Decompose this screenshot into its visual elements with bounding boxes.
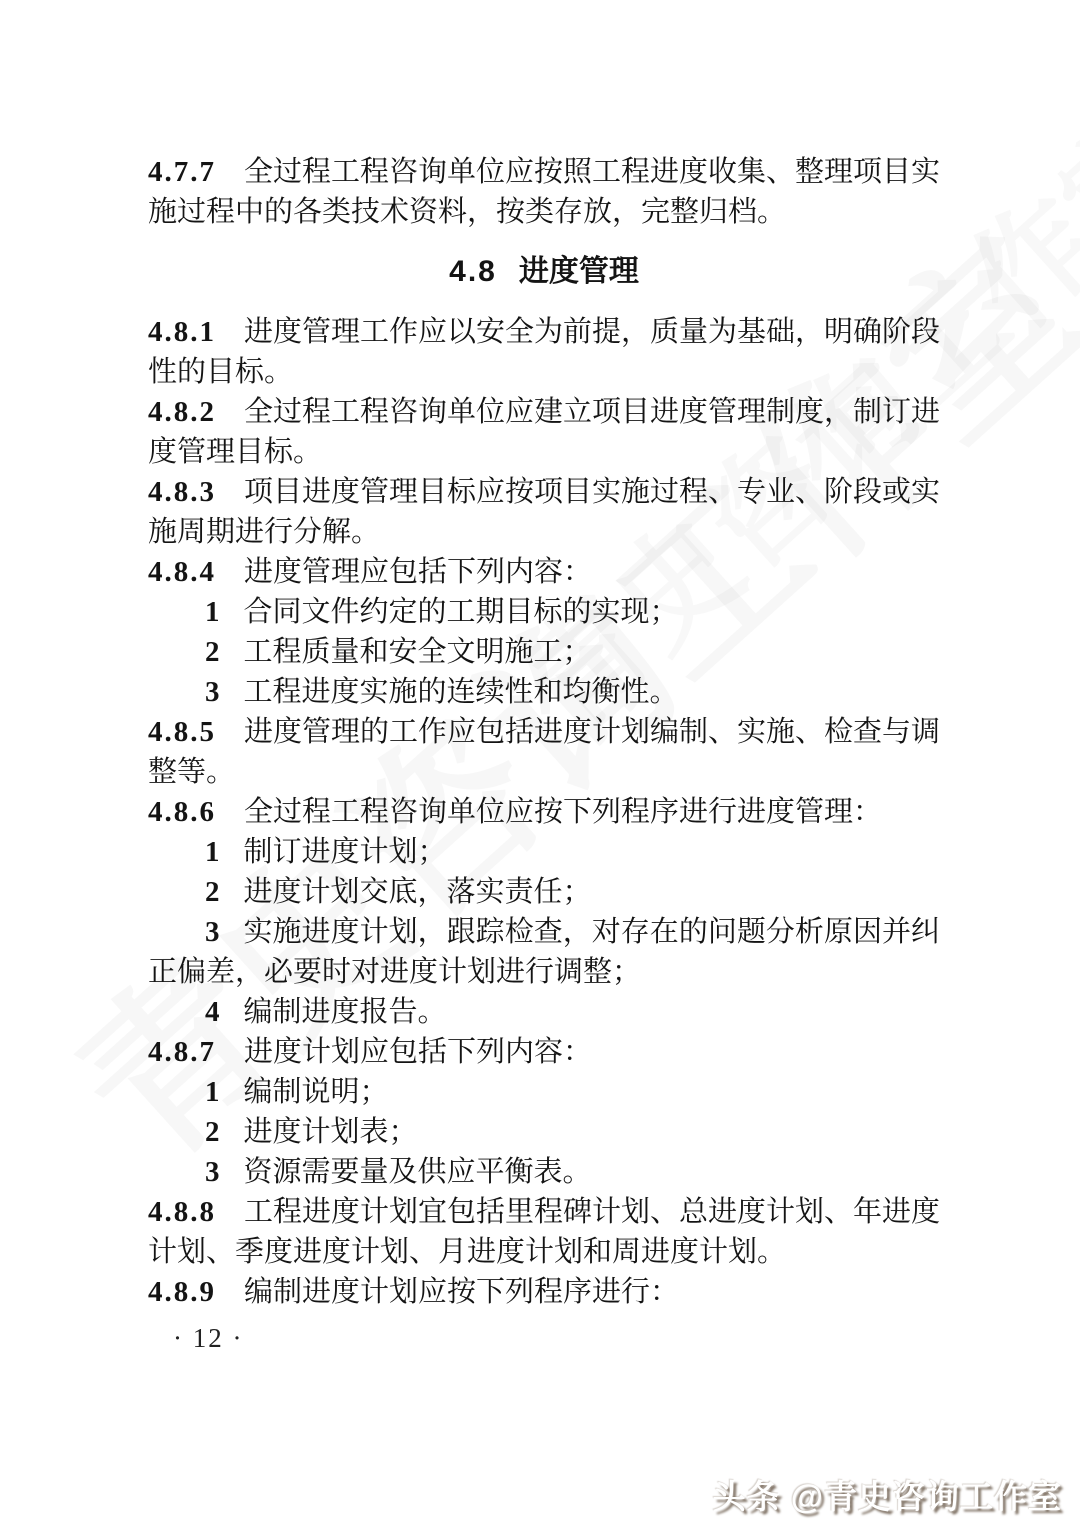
clause-number: 4.8.6 <box>148 796 244 828</box>
credit-watermark: 头条 @青史咨询工作室 <box>713 1471 1062 1518</box>
item-4-8-6-4: 4编制进度报告。 <box>148 992 940 1032</box>
section-heading-4-8: 4.8进度管理 <box>148 252 940 292</box>
item-number: 4 <box>205 996 244 1028</box>
page-number: · 12 · <box>173 1318 940 1358</box>
clause-number: 4.8.3 <box>148 476 244 508</box>
clause-text: 编制进度计划应按下列程序进行： <box>244 1276 679 1308</box>
clause-text: 全过程工程咨询单位应按照工程进度收集、整理项目实施过程中的各类技术资料，按类存放… <box>148 156 940 228</box>
item-text: 实施进度计划，跟踪检查，对存在的问题分析原因并纠正偏差，必要时对进度计划进行调整… <box>148 916 940 988</box>
item-number: 1 <box>205 836 244 868</box>
item-4-8-7-1: 1编制说明； <box>148 1072 940 1112</box>
clause-number: 4.7.7 <box>148 156 244 188</box>
clause-number: 4.8.7 <box>148 1036 244 1068</box>
clause-number: 4.8.4 <box>148 556 244 588</box>
clause-text: 全过程工程咨询单位应建立项目进度管理制度，制订进度管理目标。 <box>148 396 940 468</box>
clause-4-8-3: 4.8.3项目进度管理目标应按项目实施过程、专业、阶段或实施周期进行分解。 <box>148 472 940 552</box>
clause-text: 全过程工程咨询单位应按下列程序进行进度管理： <box>244 796 882 828</box>
item-text: 资源需要量及供应平衡表。 <box>244 1156 592 1188</box>
item-number: 3 <box>205 1156 244 1188</box>
clause-4-8-1: 4.8.1进度管理工作应以安全为前提，质量为基础，明确阶段性的目标。 <box>148 312 940 392</box>
item-text: 工程进度实施的连续性和均衡性。 <box>244 676 679 708</box>
section-title: 进度管理 <box>519 255 639 288</box>
item-4-8-4-2: 2工程质量和安全文明施工； <box>148 632 940 672</box>
clause-4-8-7: 4.8.7进度计划应包括下列内容： <box>148 1032 940 1072</box>
section-number: 4.8 <box>449 255 519 288</box>
item-number: 2 <box>205 1116 244 1148</box>
item-number: 3 <box>205 676 244 708</box>
clause-4-7-7: 4.7.7全过程工程咨询单位应按照工程进度收集、整理项目实施过程中的各类技术资料… <box>148 152 940 232</box>
item-text: 编制说明； <box>244 1076 389 1108</box>
item-text: 进度计划交底，落实责任； <box>244 876 592 908</box>
clause-4-8-6: 4.8.6全过程工程咨询单位应按下列程序进行进度管理： <box>148 792 940 832</box>
clause-number: 4.8.9 <box>148 1276 244 1308</box>
item-4-8-4-1: 1合同文件约定的工期目标的实现； <box>148 592 940 632</box>
clause-number: 4.8.8 <box>148 1196 244 1228</box>
clause-4-8-2: 4.8.2全过程工程咨询单位应建立项目进度管理制度，制订进度管理目标。 <box>148 392 940 472</box>
item-text: 合同文件约定的工期目标的实现； <box>244 596 679 628</box>
clause-text: 工程进度计划宜包括里程碑计划、总进度计划、年进度计划、季度进度计划、月进度计划和… <box>148 1196 940 1268</box>
clause-4-8-8: 4.8.8工程进度计划宜包括里程碑计划、总进度计划、年进度计划、季度进度计划、月… <box>148 1192 940 1272</box>
item-4-8-6-1: 1制订进度计划； <box>148 832 940 872</box>
document-page: 4.7.7全过程工程咨询单位应按照工程进度收集、整理项目实施过程中的各类技术资料… <box>148 152 940 1358</box>
clause-text: 进度管理的工作应包括进度计划编制、实施、检查与调整等。 <box>148 716 940 788</box>
item-text: 编制进度报告。 <box>244 996 447 1028</box>
item-text: 进度计划表； <box>244 1116 418 1148</box>
clause-4-8-5: 4.8.5进度管理的工作应包括进度计划编制、实施、检查与调整等。 <box>148 712 940 792</box>
item-text: 制订进度计划； <box>244 836 447 868</box>
clause-4-8-9: 4.8.9编制进度计划应按下列程序进行： <box>148 1272 940 1312</box>
clause-number: 4.8.5 <box>148 716 244 748</box>
clause-number: 4.8.1 <box>148 316 244 348</box>
item-number: 1 <box>205 1076 244 1108</box>
clause-4-8-4: 4.8.4进度管理应包括下列内容： <box>148 552 940 592</box>
item-text: 工程质量和安全文明施工； <box>244 636 592 668</box>
clause-number: 4.8.2 <box>148 396 244 428</box>
item-number: 3 <box>205 916 244 948</box>
item-4-8-7-3: 3资源需要量及供应平衡表。 <box>148 1152 940 1192</box>
clause-text: 进度计划应包括下列内容： <box>244 1036 592 1068</box>
item-4-8-7-2: 2进度计划表； <box>148 1112 940 1152</box>
item-number: 2 <box>205 636 244 668</box>
clause-text: 进度管理工作应以安全为前提，质量为基础，明确阶段性的目标。 <box>148 316 940 388</box>
item-4-8-6-3: 3实施进度计划，跟踪检查，对存在的问题分析原因并纠正偏差，必要时对进度计划进行调… <box>148 912 940 992</box>
item-number: 1 <box>205 596 244 628</box>
clause-text: 项目进度管理目标应按项目实施过程、专业、阶段或实施周期进行分解。 <box>148 476 940 548</box>
item-4-8-4-3: 3工程进度实施的连续性和均衡性。 <box>148 672 940 712</box>
item-4-8-6-2: 2进度计划交底，落实责任； <box>148 872 940 912</box>
item-number: 2 <box>205 876 244 908</box>
clause-text: 进度管理应包括下列内容： <box>244 556 592 588</box>
